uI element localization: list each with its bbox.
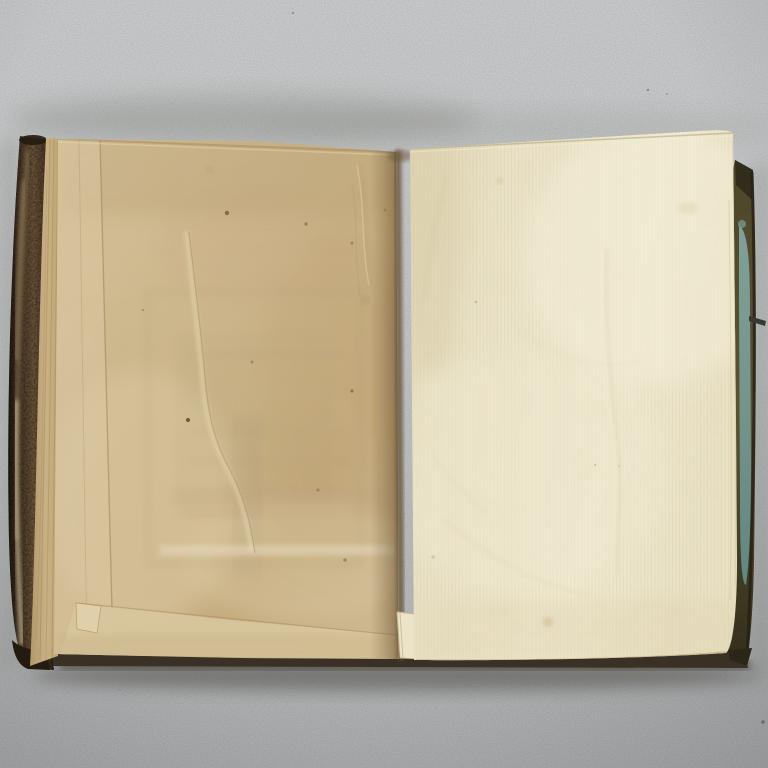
teal-edge-blob — [738, 220, 746, 228]
left-page — [45, 130, 420, 670]
spine-headcap — [19, 135, 47, 145]
book — [0, 125, 768, 675]
book-photograph — [0, 0, 768, 768]
book-photo-canvas — [0, 0, 768, 768]
right-page — [370, 125, 768, 670]
strip-corner-flap — [76, 603, 101, 633]
photo-stage — [0, 0, 768, 768]
cover-inner-teal — [739, 225, 751, 585]
